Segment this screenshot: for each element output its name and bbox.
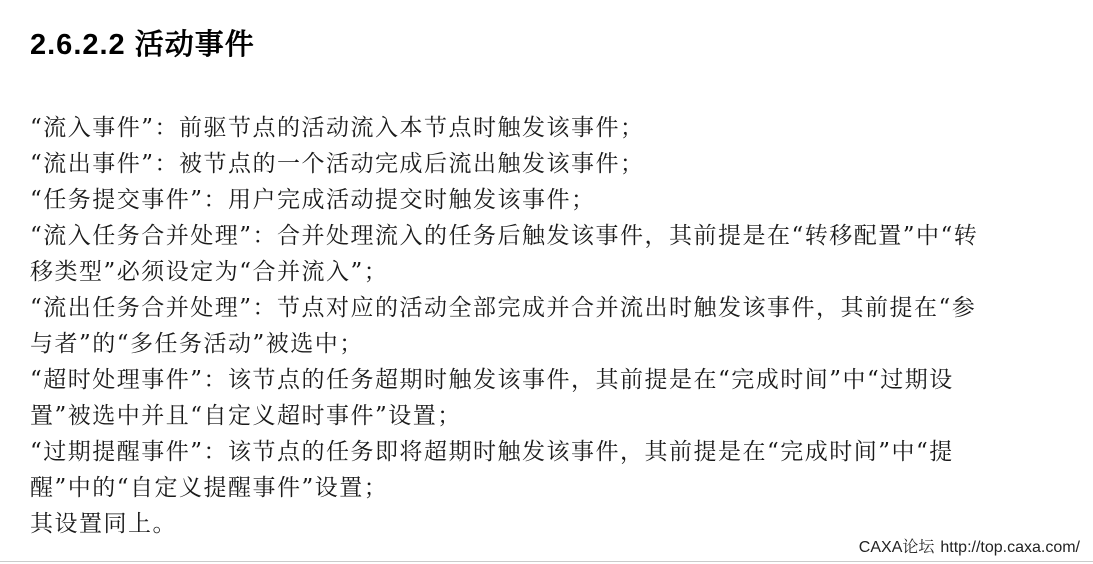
footer-url: http://top.caxa.com/ [940, 539, 1080, 556]
footer: CAXA论坛http://top.caxa.com/ [859, 534, 1080, 557]
body-line: “任务提交事件”：用户完成活动提交时触发该事件； [30, 182, 1075, 218]
body-line: 置”被选中并且“自定义超时事件”设置； [30, 398, 1075, 434]
body-text: “流入事件”：前驱节点的活动流入本节点时触发该事件； “流出事件”：被节点的一个… [30, 110, 1075, 542]
document-page: 2.6.2.2 活动事件 “流入事件”：前驱节点的活动流入本节点时触发该事件； … [0, 0, 1093, 564]
body-line: 醒”中的“自定义提醒事件”设置； [30, 470, 1075, 506]
body-line: “流入任务合并处理”：合并处理流入的任务后触发该事件，其前提是在“转移配置”中“… [30, 218, 1075, 254]
body-line: 与者”的“多任务活动”被选中； [30, 326, 1075, 362]
body-line: 移类型”必须设定为“合并流入”； [30, 254, 1075, 290]
body-line: “流出事件”：被节点的一个活动完成后流出触发该事件； [30, 146, 1075, 182]
body-line: “过期提醒事件”：该节点的任务即将超期时触发该事件，其前提是在“完成时间”中“提 [30, 434, 1075, 470]
body-line: “超时处理事件”：该节点的任务超期时触发该事件，其前提是在“完成时间”中“过期设 [30, 362, 1075, 398]
section-heading: 2.6.2.2 活动事件 [30, 22, 255, 63]
body-line: “流出任务合并处理”：节点对应的活动全部完成并合并流出时触发该事件，其前提在“参 [30, 290, 1075, 326]
bottom-divider [0, 561, 1093, 562]
footer-site-label: CAXA论坛 [859, 539, 935, 556]
body-line: “流入事件”：前驱节点的活动流入本节点时触发该事件； [30, 110, 1075, 146]
